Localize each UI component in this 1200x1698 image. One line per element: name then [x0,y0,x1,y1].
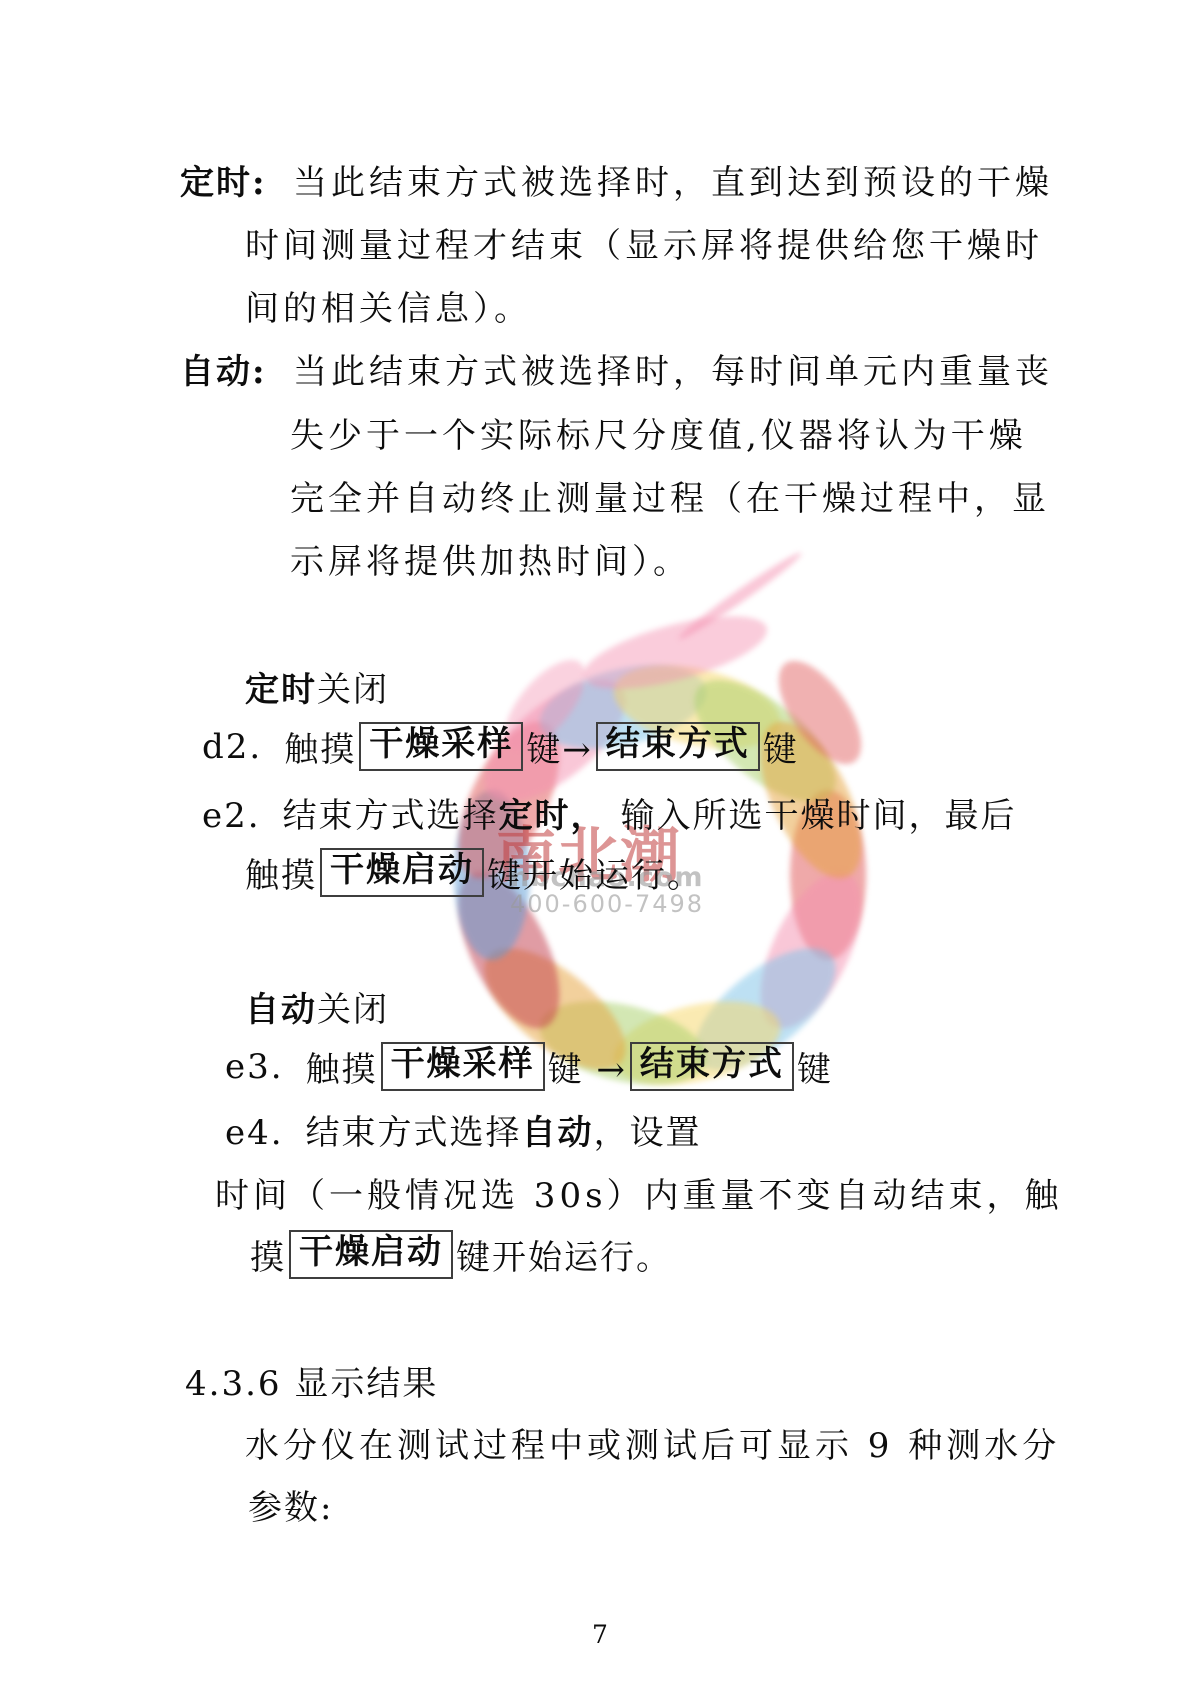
dry-start-key-2: 干燥启动 [289,1230,453,1278]
section-body1: 水分仪在测试过程中或测试后可显示 9 种测水分 [245,1418,1060,1467]
end-mode-key-2: 结束方式 [630,1042,794,1090]
step-e3-text2: 键 → [548,1042,627,1091]
para-auto-line1: 当此结束方式被选择时，每时间单元内重量丧 [293,344,1053,393]
auto-off-line: 时间（一般情况选 30s）内重量不变自动结束，触 [215,1168,1063,1217]
step-e2-bold: 定时， [499,788,607,837]
step-e3: e3. 触摸 干燥采样 键 → 结束方式 键 [225,1042,833,1091]
step-e4-text2: ，设置 [594,1105,702,1154]
step-d2-number: d2. [202,727,262,767]
section-heading: 4.3.6 显示结果 [185,1356,438,1405]
timed-off-cont: 触摸 干燥启动 键开始运行。 [245,848,703,897]
dry-start-key: 干燥启动 [320,848,484,896]
step-e2: e2. 结束方式选择 定时， 输入所选干燥时间，最后 [202,788,1017,837]
auto-off-header-rest: 关闭 [317,982,389,1031]
auto-off-header: 自动关闭 [245,982,389,1031]
para-auto-label: 自动: [180,344,267,393]
section-body2: 参数: [248,1480,333,1529]
para-timed-label: 定时: [180,155,267,204]
timed-cont-text1: 触摸 [245,848,317,897]
step-e4-bold: 自动 [522,1105,594,1154]
step-d2-text1: 触摸 [284,722,356,771]
auto-off-cont: 摸 干燥启动 键开始运行。 [250,1230,672,1279]
para-auto-line4: 示屏将提供加热时间）。 [290,534,691,583]
document-page: 南北潮 nbchao.com 400-600-7498 定时: 当此结束方式被选… [0,0,1200,1698]
para-timed-line1: 当此结束方式被选择时，直到达到预设的干燥 [293,155,1053,204]
step-d2-text2: 键→ [526,722,593,771]
step-e4-text1: 结束方式选择 [306,1105,522,1154]
auto-cont-text2: 键开始运行。 [456,1230,672,1279]
para-timed-line3: 间的相关信息）。 [245,281,532,330]
timed-off-header-rest: 关闭 [317,662,389,711]
end-mode-key: 结束方式 [596,722,760,770]
step-e2-number: e2. [202,796,261,836]
auto-cont-text1: 摸 [250,1230,286,1279]
para-auto-line3: 完全并自动终止测量过程（在干燥过程中，显 [290,471,1050,520]
step-e2-text1: 结束方式选择 [283,788,499,837]
timed-cont-text2: 键开始运行。 [487,848,703,897]
step-e3-number: e3. [225,1047,284,1087]
auto-off-header-bold: 自动 [245,982,317,1031]
page-number: 7 [0,1620,1200,1649]
timed-off-header: 定时关闭 [245,662,389,711]
dry-sampling-key: 干燥采样 [359,722,523,770]
step-d2-text3: 键 [763,722,799,771]
step-e3-text3: 键 [797,1042,833,1091]
timed-off-header-bold: 定时 [245,662,317,711]
dry-sampling-key-2: 干燥采样 [381,1042,545,1090]
step-e4-number: e4. [225,1113,284,1153]
step-d2: d2. 触摸 干燥采样 键→ 结束方式 键 [202,722,799,771]
step-e3-text1: 触摸 [306,1042,378,1091]
para-timed-line2: 时间测量过程才结束（显示屏将提供给您干燥时 [245,218,1043,267]
para-auto-line2: 失少于一个实际标尺分度值,仪器将认为干燥 [290,408,1027,457]
step-e4: e4. 结束方式选择 自动 ，设置 [225,1105,702,1154]
step-e2-text2: 输入所选干燥时间，最后 [621,788,1017,837]
